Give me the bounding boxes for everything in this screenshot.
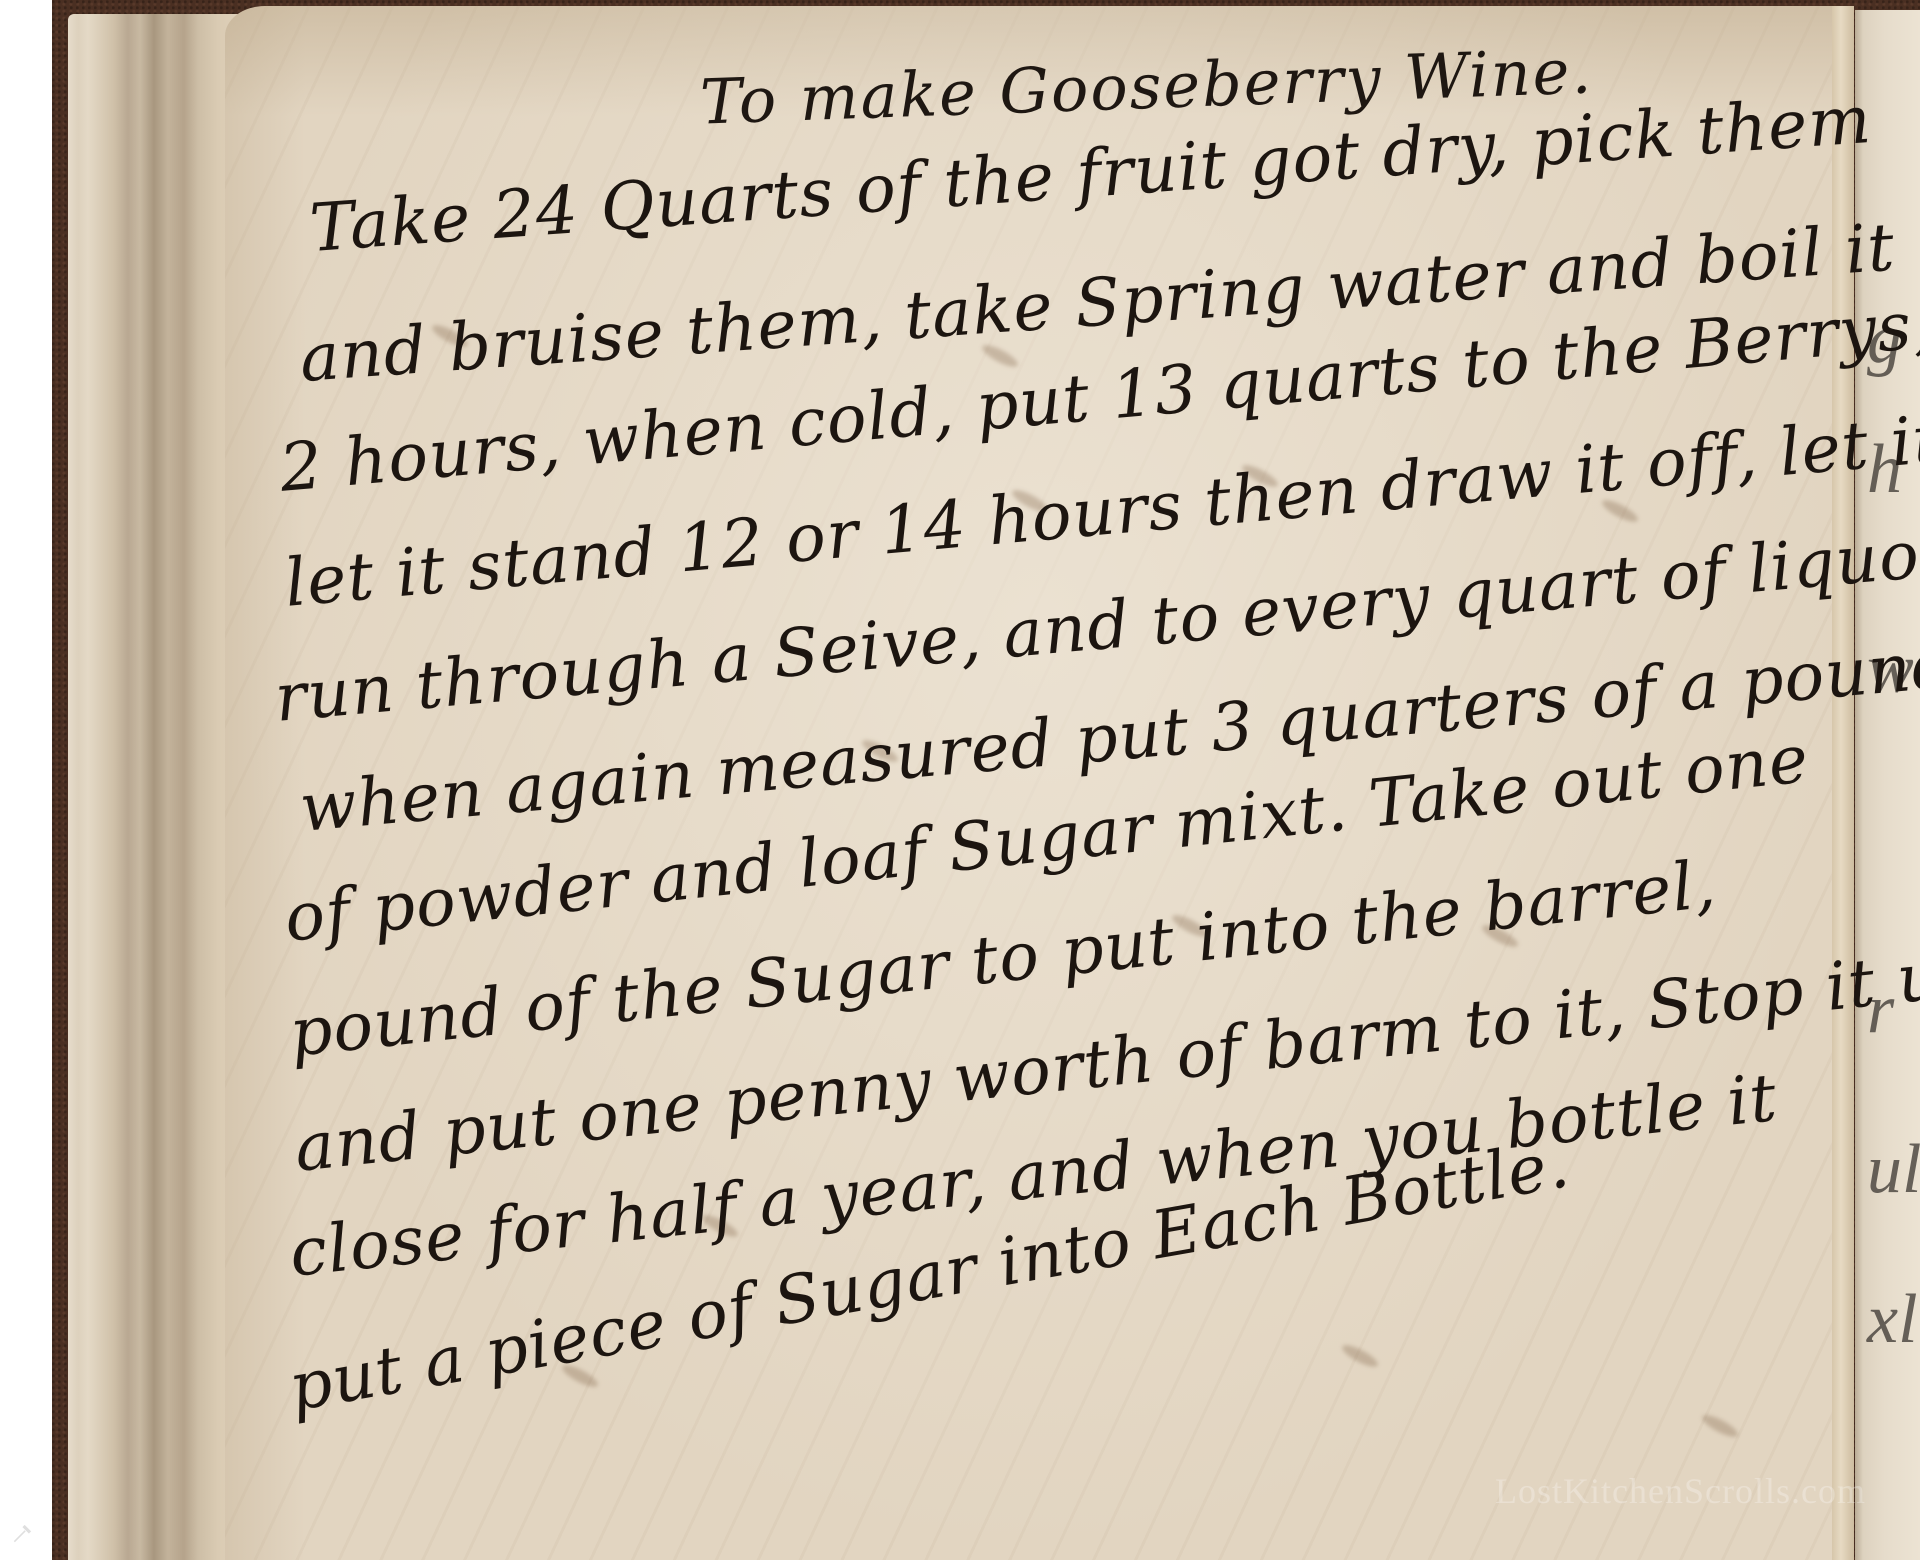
pin-icon (10, 1520, 36, 1546)
watermark: LostKitchenScrolls.com (1495, 1470, 1866, 1512)
facing-page-fragment: ul (1867, 1130, 1920, 1210)
page-edges-stack (68, 14, 248, 1560)
facing-page-fragment: xl (1867, 1280, 1918, 1360)
